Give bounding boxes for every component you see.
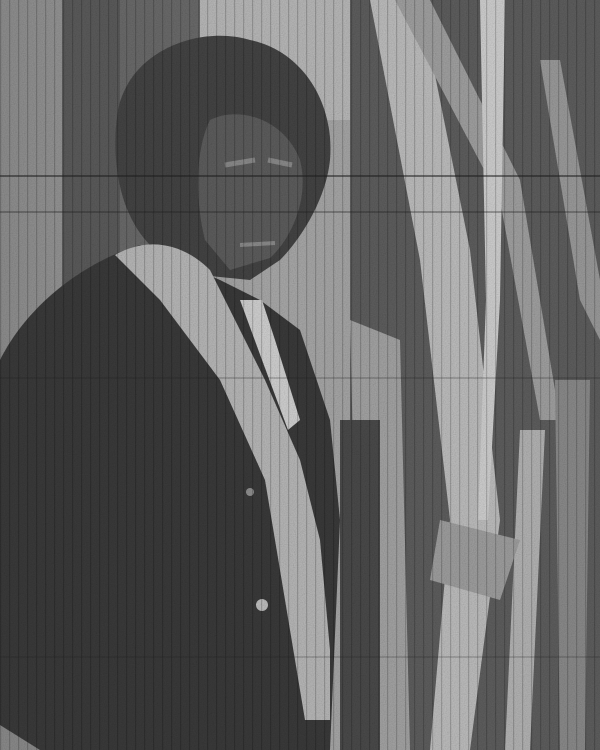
photo-canvas	[0, 0, 600, 750]
newspaper-photo: Grainy grayscale newspaper-style portrai…	[0, 0, 600, 750]
scan-texture	[0, 0, 600, 750]
